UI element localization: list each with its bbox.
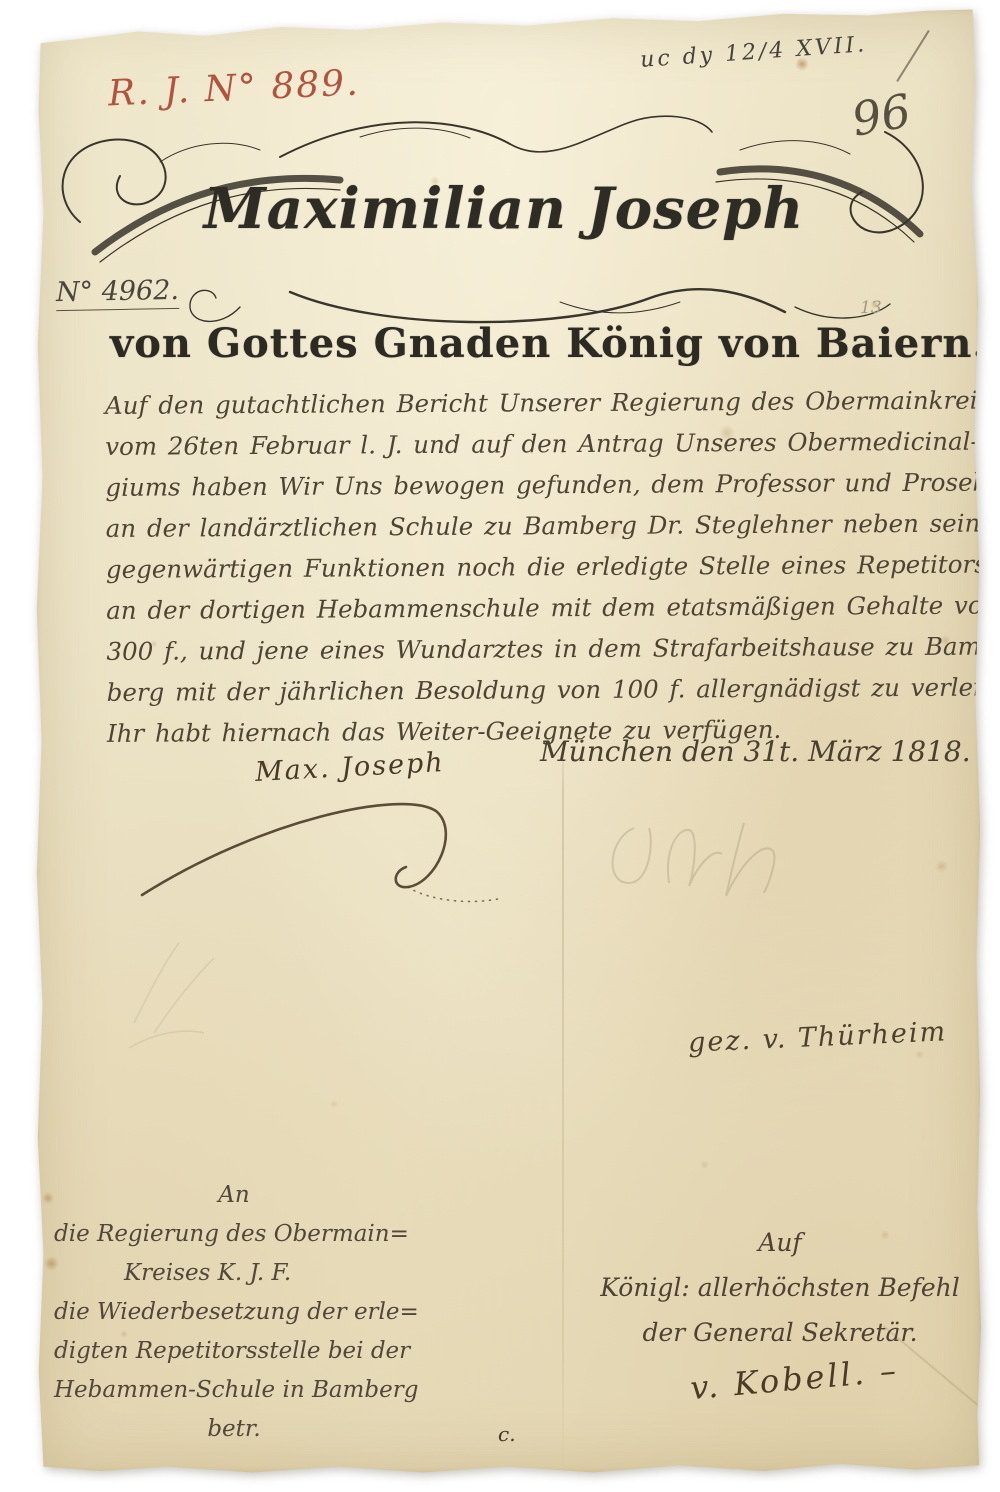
- foxing-spot: [330, 1100, 338, 1108]
- faint-pencil-scribble: [94, 933, 274, 1073]
- address-line: Kreises K. J. F.: [54, 1260, 414, 1299]
- address-block: An die Regierung des Obermain= Kreises K…: [54, 1182, 414, 1455]
- foxing-spot: [935, 860, 948, 873]
- body-line: an der dortigen Hebammenschule mit dem e…: [106, 590, 1000, 637]
- address-line: An: [54, 1182, 414, 1221]
- body-line: gegenwärtigen Funktionen noch die erledi…: [106, 549, 1000, 596]
- body-text: Auf den gutachtlichen Bericht Unserer Re…: [105, 385, 1000, 760]
- address-line: Hebammen-Schule in Bamberg: [54, 1377, 414, 1416]
- address-line: betr.: [54, 1416, 414, 1455]
- foxing-spot: [915, 1050, 924, 1059]
- paper-surface: R. J. N° 889. uc dy 12/4 XVII. 96: [34, 8, 982, 1474]
- address-line: die Wiederbesetzung der erle=: [54, 1299, 414, 1338]
- document-title: Maximilian Joseph: [154, 176, 854, 242]
- royal-signature-paraph: [130, 775, 570, 910]
- pencil-note: 13: [860, 298, 882, 318]
- body-line: 300 f., und jene eines Wundarztes in dem…: [106, 631, 1000, 678]
- body-line: berg mit der jährlichen Besoldung von 10…: [107, 672, 1000, 719]
- secretary-formula-line: Königl: allerhöchsten Befehl: [600, 1273, 960, 1318]
- address-line: die Regierung des Obermain=: [54, 1221, 414, 1260]
- body-line: vom 26ten Februar l. J. und auf den Antr…: [105, 426, 1000, 473]
- secretary-block: Auf Königl: allerhöchsten Befehl der Gen…: [600, 1228, 960, 1363]
- file-number: N° 4962.: [56, 275, 180, 311]
- foxing-spot: [42, 1192, 54, 1204]
- body-line: an der landärztlichen Schule zu Bamberg …: [106, 508, 1000, 555]
- body-line: giums haben Wir Uns bewogen gefunden, de…: [105, 467, 1000, 514]
- faint-pencil-scribble: [594, 788, 824, 908]
- paper-sheet: R. J. N° 889. uc dy 12/4 XVII. 96: [34, 8, 982, 1474]
- body-line: Auf den gutachtlichen Bericht Unserer Re…: [105, 385, 1000, 432]
- foxing-spot: [700, 1160, 709, 1169]
- archival-docket-note: uc dy 12/4 XVII.: [639, 32, 868, 73]
- secretary-formula-line: Auf: [600, 1228, 960, 1273]
- document-subtitle: von Gottes Gnaden König von Baiern.: [110, 320, 860, 367]
- footer-mark: c.: [498, 1422, 516, 1446]
- secretary-formula-line: der General Sekretär.: [600, 1318, 960, 1363]
- countersignature: gez. v. Thürheim: [687, 1016, 947, 1058]
- dateline: München den 31t. März 1818.: [540, 735, 971, 768]
- address-line: digten Repetitorsstelle bei der: [54, 1338, 414, 1377]
- pen-stroke: [896, 30, 929, 82]
